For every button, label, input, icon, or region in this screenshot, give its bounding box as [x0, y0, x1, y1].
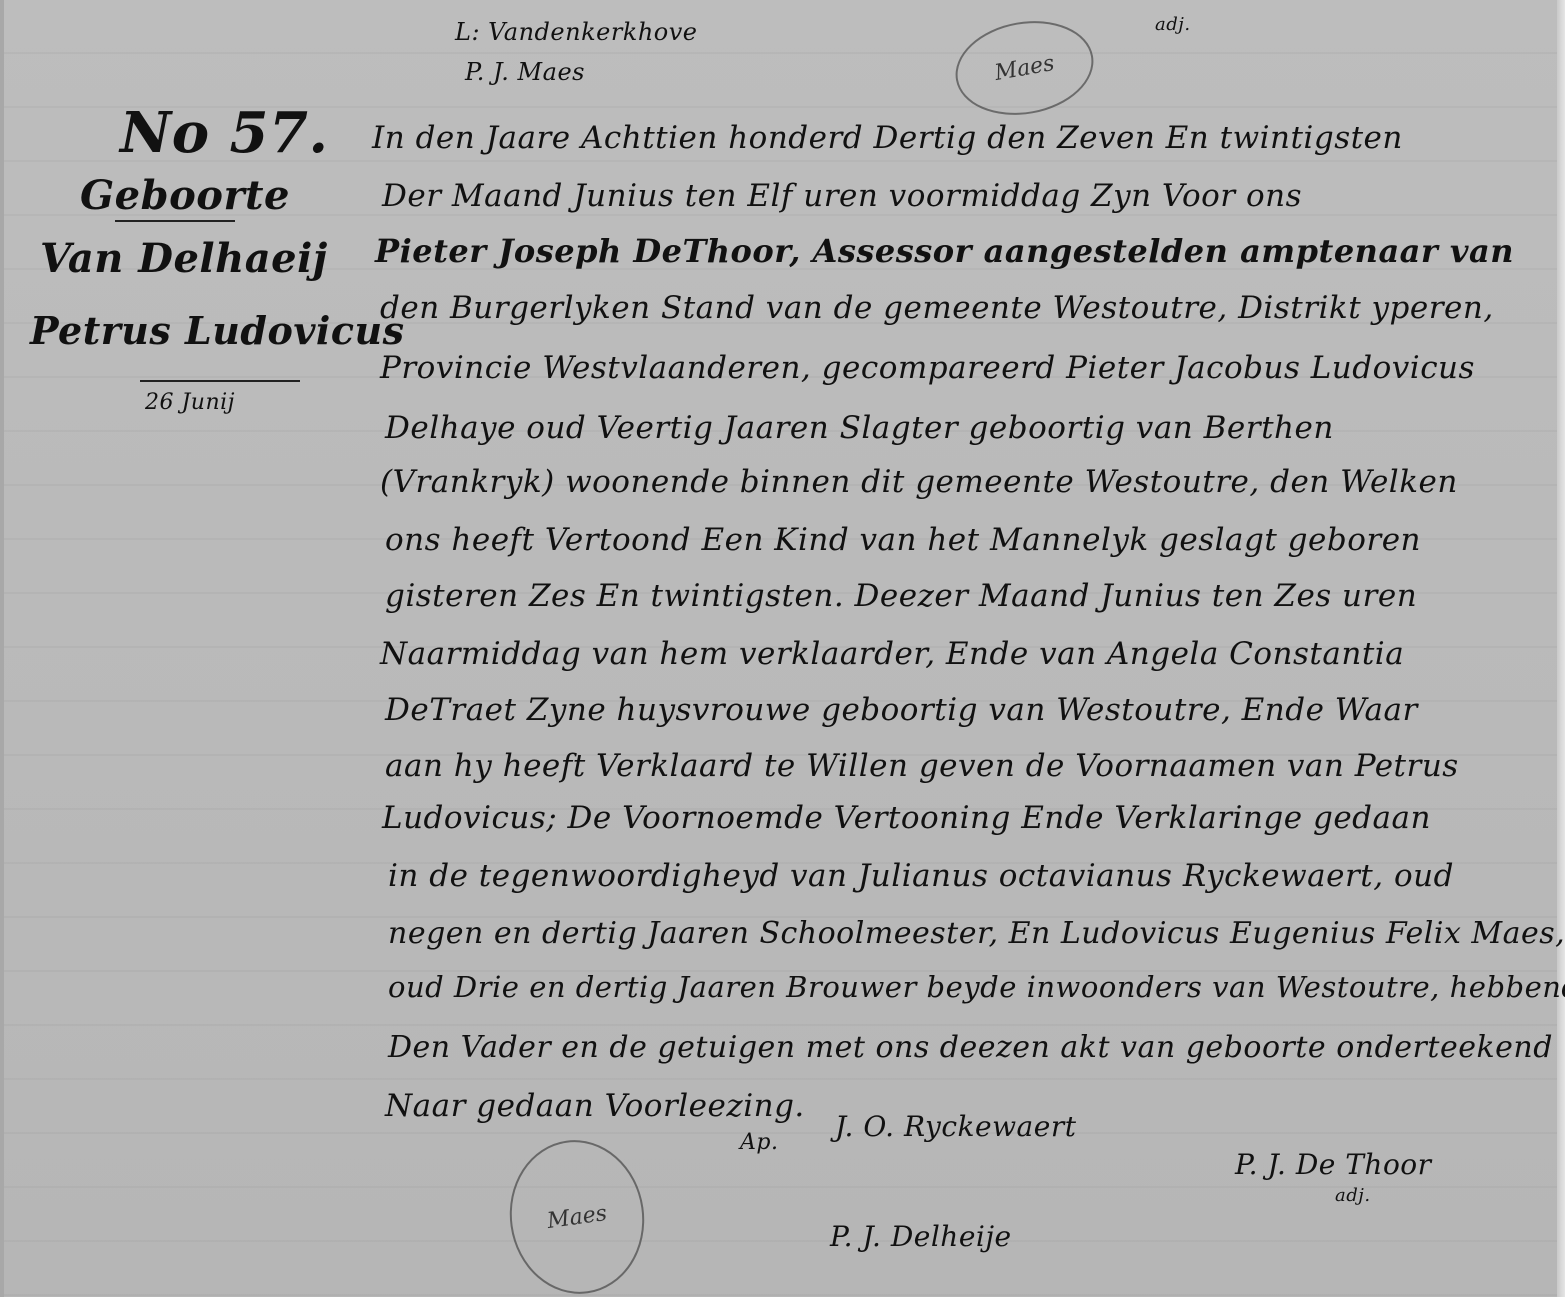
body-line-3: Pieter Joseph DeThoor, Assessor aangeste…	[375, 232, 1514, 270]
approval-note: Ap.	[740, 1130, 778, 1155]
body-line-16: oud Drie en dertig Jaaren Brouwer beyde …	[388, 970, 1565, 1004]
body-line-6: Delhaye oud Veertig Jaaren Slagter geboo…	[385, 410, 1334, 446]
body-line-14: in de tegenwoordigheyd van Julianus octa…	[388, 858, 1454, 894]
officer-title: adj.	[1335, 1185, 1371, 1206]
body-line-9: gisteren Zes En twintigsten. Deezer Maan…	[385, 578, 1417, 614]
seal-top-text: Maes	[993, 50, 1056, 85]
body-line-2: Der Maand Junius ten Elf uren voormiddag…	[382, 178, 1302, 214]
body-line-7: (Vrankryk) woonende binnen dit gemeente …	[380, 464, 1458, 500]
record-number: No 57.	[120, 100, 328, 166]
paraph-seal-top: Maes	[948, 11, 1101, 126]
signature-father-delheije: P. J. Delheije	[830, 1220, 1012, 1253]
body-line-15: negen en dertig Jaaren Schoolmeester, En…	[388, 916, 1565, 951]
margin-divider-1	[115, 220, 235, 222]
margin-given-names: Petrus Ludovicus	[30, 308, 405, 353]
header-correction-2: P. J. Maes	[465, 58, 585, 86]
body-line-17: Den Vader en de getuigen met ons deezen …	[388, 1030, 1553, 1065]
page-left-edge	[0, 0, 4, 1297]
body-line-5: Provincie Westvlaanderen, gecompareerd P…	[380, 350, 1475, 386]
paraph-seal-bottom: Maes	[500, 1131, 654, 1297]
margin-date: 26 Junij	[145, 390, 235, 415]
body-line-10: Naarmiddag van hem verklaarder, Ende van…	[380, 636, 1404, 672]
body-line-4: den Burgerlyken Stand van de gemeente We…	[380, 290, 1494, 326]
document-page: L: Vandenkerkhove P. J. Maes adj. Maes N…	[0, 0, 1565, 1297]
body-line-1: In den Jaare Achttien honderd Dertig den…	[372, 120, 1403, 156]
body-line-12: aan hy heeft Verklaard te Willen geven d…	[385, 748, 1459, 784]
margin-surname: Van Delhaeij	[40, 235, 328, 282]
body-line-11: DeTraet Zyne huysvrouwe geboortig van We…	[385, 692, 1418, 728]
body-line-8: ons heeft Vertoond Een Kind van het Mann…	[385, 522, 1421, 558]
signature-officer-dethoor: P. J. De Thoor	[1235, 1148, 1432, 1181]
signature-witness-ryckewaert: J. O. Ryckewaert	[835, 1110, 1076, 1143]
top-right-note: adj.	[1155, 14, 1191, 35]
margin-divider-2	[140, 380, 300, 382]
record-type: Geboorte	[80, 172, 290, 219]
seal-bottom-text: Maes	[546, 1200, 609, 1233]
page-right-edge	[1557, 0, 1565, 1297]
header-correction-1: L: Vandenkerkhove	[455, 18, 698, 46]
body-line-18: Naar gedaan Voorleezing.	[385, 1088, 805, 1124]
body-line-13: Ludovicus; De Voornoemde Vertooning Ende…	[382, 800, 1431, 836]
